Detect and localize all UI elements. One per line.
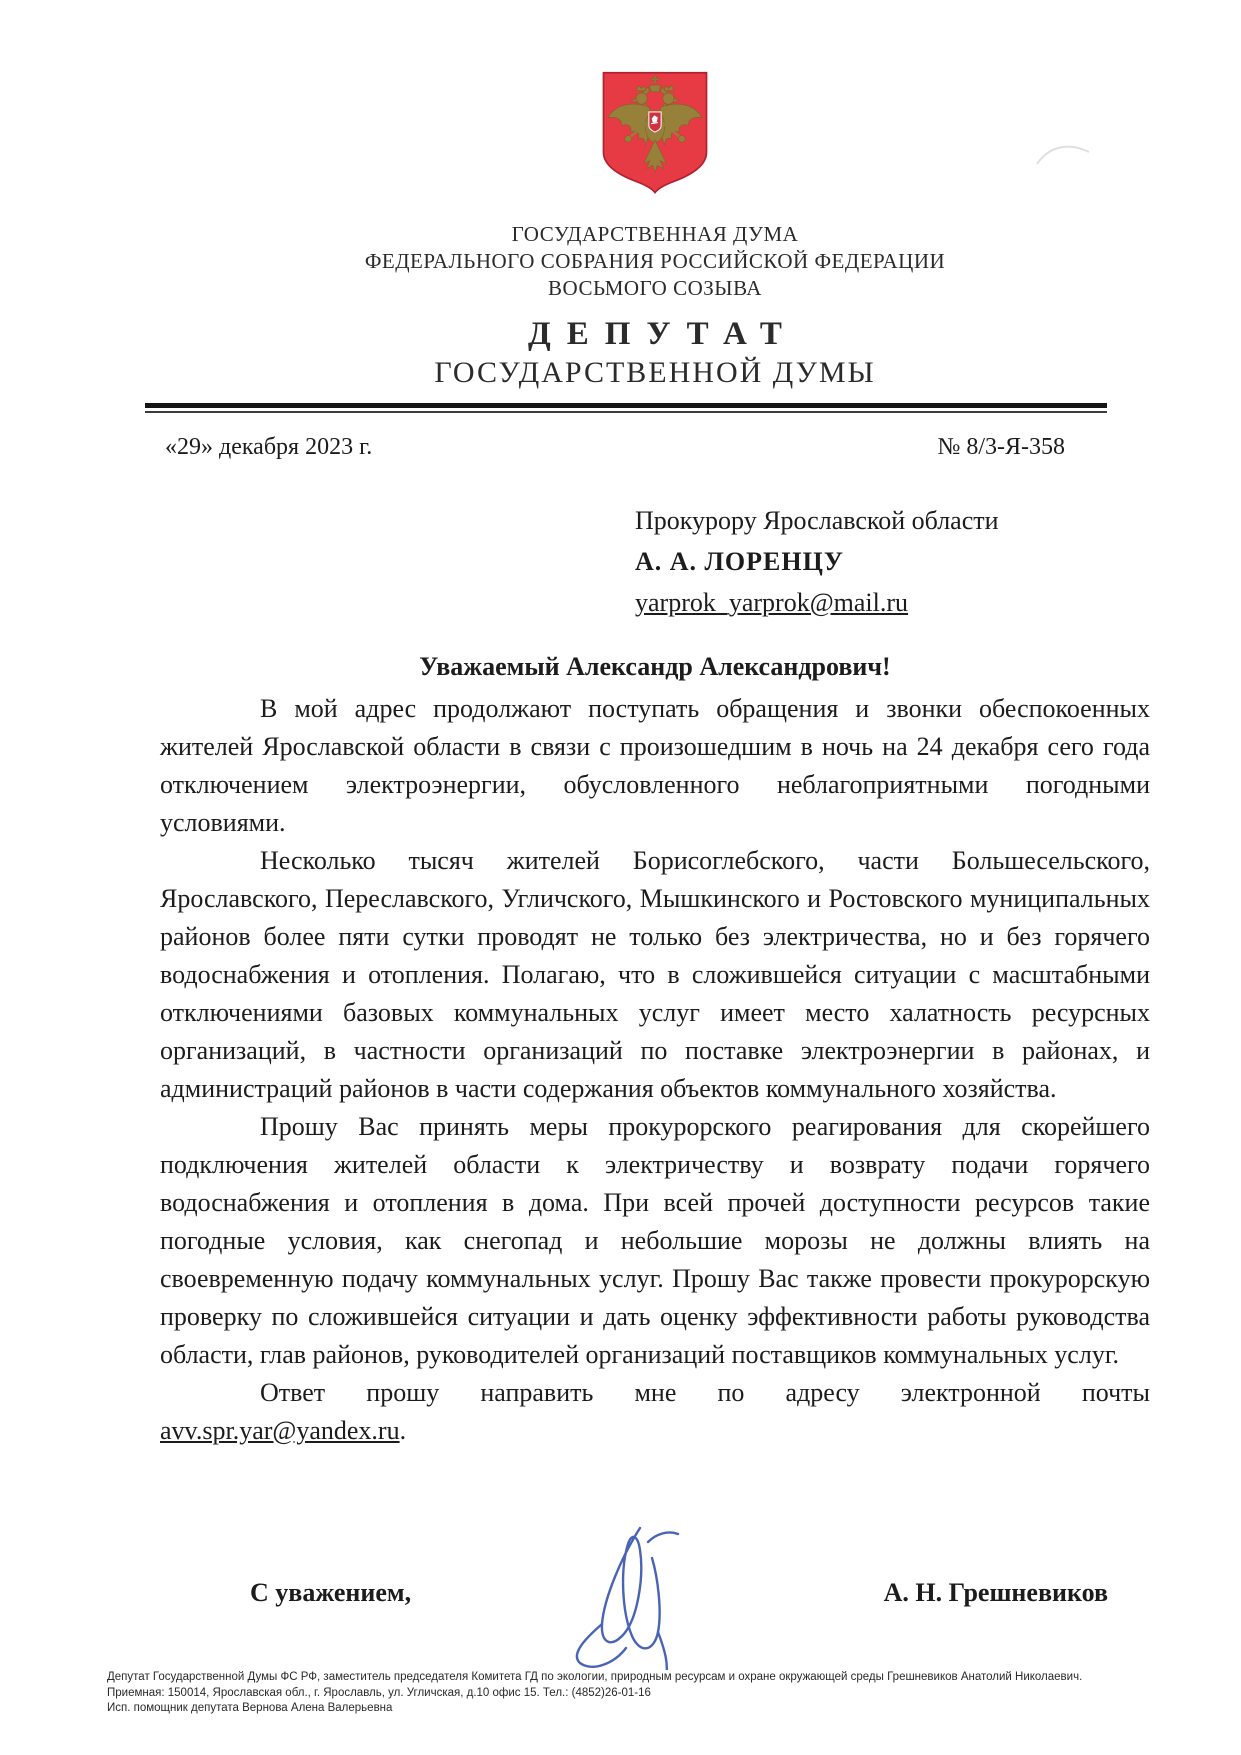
letter-date: «29» декабря 2023 г. [165,434,372,461]
letter-body: В мой адрес продолжают поступать обращен… [160,690,1150,1450]
recipient-position: Прокурору Ярославской области [635,500,999,541]
footer-line-3: Исп. помощник депутата Вернова Алена Вал… [107,1701,1157,1717]
paragraph-3: Прошу Вас принять меры прокурорского реа… [160,1108,1150,1374]
duma-title: ГОСУДАРСТВЕННОЙ ДУМЫ [160,356,1150,390]
meta-row: «29» декабря 2023 г. № 8/3-Я-358 [165,434,1065,461]
org-name-line3: ВОСЬМОГО СОЗЫВА [160,275,1150,302]
paragraph-closing: Ответ прошу направить мне по адресу элек… [160,1374,1150,1450]
scanned-letter-page: ГОСУДАРСТВЕННАЯ ДУМА ФЕДЕРАЛЬНОГО СОБРАН… [0,0,1241,1755]
handwritten-signature-icon [552,1520,727,1670]
reply-email-link[interactable]: avv.spr.yar@yandex.ru [160,1416,400,1445]
org-name-line1: ГОСУДАРСТВЕННАЯ ДУМА [160,221,1150,248]
closing-period: . [400,1416,407,1445]
russia-coat-of-arms-icon [599,68,711,194]
closing-request-text: Ответ прошу направить мне по адресу элек… [260,1378,1150,1407]
footer-block: Депутат Государственной Думы ФС РФ, заме… [107,1670,1157,1717]
footer-line-1: Депутат Государственной Думы ФС РФ, заме… [107,1670,1157,1686]
paragraph-1: В мой адрес продолжают поступать обращен… [160,690,1150,842]
emblem-inner-shield [649,112,661,132]
divider-thin-line [145,411,1107,413]
letterhead: ГОСУДАРСТВЕННАЯ ДУМА ФЕДЕРАЛЬНОГО СОБРАН… [160,68,1150,390]
letterhead-divider [145,403,1107,413]
signer-name: А. Н. Грешневиков [884,1578,1108,1608]
recipient-name: А. А. ЛОРЕНЦУ [635,541,999,582]
org-name-line2: ФЕДЕРАЛЬНОГО СОБРАНИЯ РОССИЙСКОЙ ФЕДЕРАЦ… [160,248,1150,275]
footer-line-2: Приемная: 150014, Ярославская обл., г. Я… [107,1686,1157,1702]
salutation: Уважаемый Александр Александрович! [160,652,1150,682]
deputy-title: ДЕПУТАТ [160,316,1150,352]
recipient-email-link[interactable]: yarprok_yarprok@mail.ru [635,588,908,617]
recipient-block: Прокурору Ярославской области А. А. ЛОРЕ… [635,500,999,623]
closing-phrase: С уважением, [250,1578,411,1608]
divider-thick-line [145,403,1107,408]
letter-number: № 8/3-Я-358 [937,434,1065,461]
paragraph-2: Несколько тысяч жителей Борисоглебского,… [160,842,1150,1108]
scan-artifact [1035,140,1095,172]
